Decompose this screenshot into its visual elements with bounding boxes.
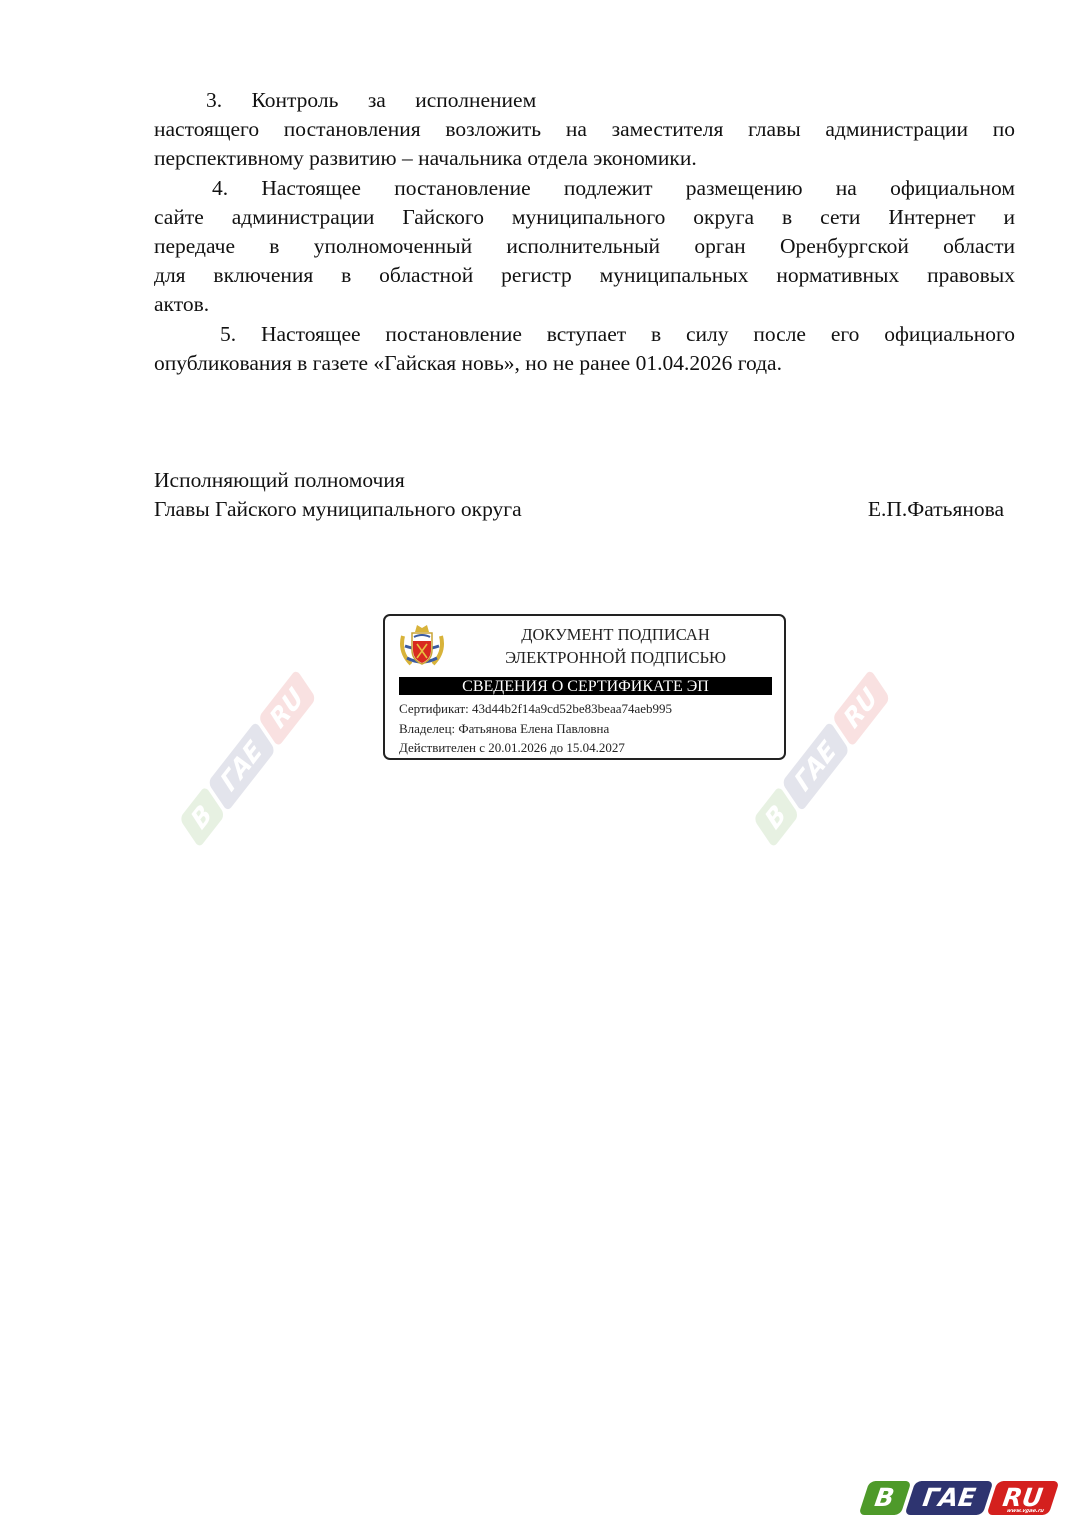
paragraph-5-line: 5. Настоящее постановление вступает в си…: [154, 320, 1015, 349]
certificate-section-header: СВЕДЕНИЯ О СЕРТИФИКАТЕ ЭП: [399, 677, 772, 695]
logo-part-v: В: [858, 1481, 911, 1515]
paragraph-3-first-line: 3. Контроль за исполнением: [154, 86, 1015, 115]
logo-part-ru: RUwww.vgae.ru: [986, 1481, 1059, 1515]
certificate-owner: Владелец: Фатьянова Елена Павловна: [399, 719, 672, 739]
logo-part-gae: ГАЕ: [904, 1481, 993, 1515]
e-signature-stamp: ДОКУМЕНТ ПОДПИСАН ЭЛЕКТРОННОЙ ПОДПИСЬЮ С…: [383, 614, 786, 760]
document-page: 3. Контроль за исполнением настоящего по…: [0, 0, 1080, 1529]
paragraph-4: 4. Настоящее постановление подлежит разм…: [154, 174, 1015, 319]
paragraph-4-line: для включения в областной регистр муници…: [154, 261, 1015, 290]
signatory-position-continued: Главы Гайского муниципального округа: [154, 495, 522, 524]
paragraph-3-line: перспективному развитию – начальника отд…: [154, 144, 1015, 173]
paragraph-5-line: опубликования в газете «Гайская новь», н…: [154, 349, 1015, 378]
certificate-number: Сертификат: 43d44b2f14a9cd52be83beaa74ae…: [399, 699, 672, 719]
paragraph-3-line: настоящего постановления возложить на за…: [154, 115, 1015, 144]
coat-of-arms-icon: [397, 622, 447, 670]
paragraph-4-line: актов.: [154, 290, 1015, 319]
paragraph-4-line: 4. Настоящее постановление подлежит разм…: [154, 174, 1015, 203]
certificate-validity: Действителен с 20.01.2026 до 15.04.2027: [399, 738, 672, 758]
paragraph-3: 3. Контроль за исполнением настоящего по…: [154, 86, 1015, 173]
signatory-position: Исполняющий полномочия: [154, 466, 1004, 495]
site-logo[interactable]: ВГАЕRUwww.vgae.ru: [864, 1481, 1058, 1515]
watermark-logo: ВГАЕRU: [176, 670, 322, 844]
paragraph-4-line: передаче в уполномоченный исполнительный…: [154, 232, 1015, 261]
stamp-title: ДОКУМЕНТ ПОДПИСАН ЭЛЕКТРОННОЙ ПОДПИСЬЮ: [455, 623, 776, 669]
paragraph-4-line: сайте администрации Гайского муниципальн…: [154, 203, 1015, 232]
signature-block: Исполняющий полномочия Главы Гайского му…: [154, 466, 1004, 524]
paragraph-5: 5. Настоящее постановление вступает в си…: [154, 320, 1015, 378]
signatory-name: Е.П.Фатьянова: [868, 495, 1004, 524]
certificate-details: Сертификат: 43d44b2f14a9cd52be83beaa74ae…: [399, 699, 672, 758]
